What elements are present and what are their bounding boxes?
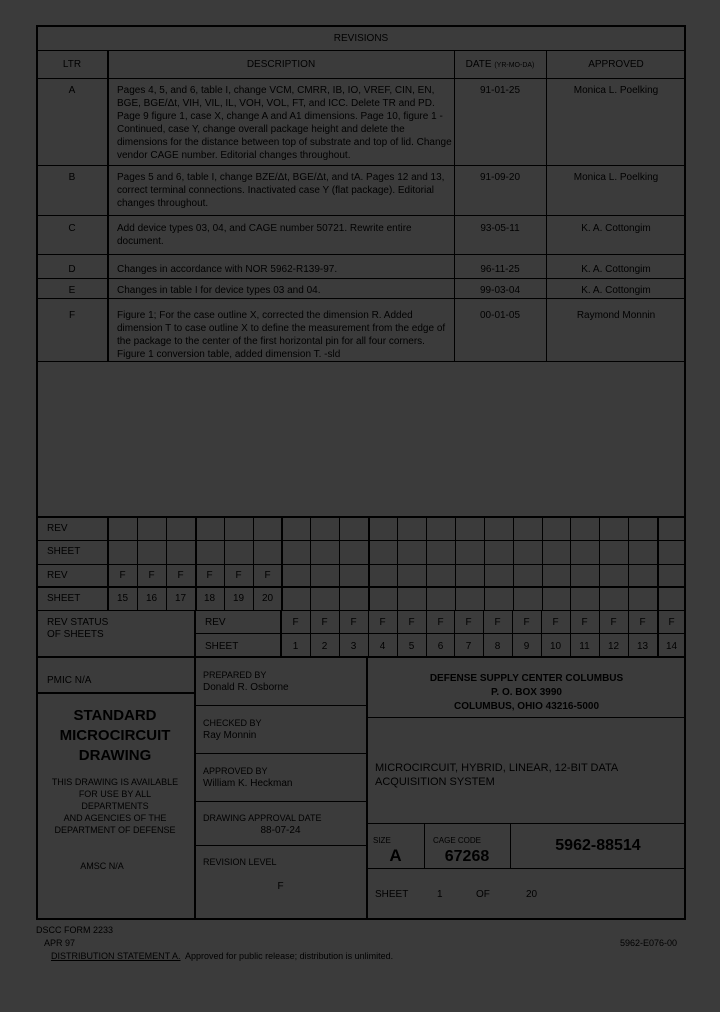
col-divider <box>339 517 340 610</box>
sheet-total: 20 <box>526 888 537 901</box>
divider <box>195 801 366 802</box>
sheet-cell: 16 <box>137 592 166 605</box>
rev-cell: F <box>253 569 282 582</box>
rev-cell: F <box>454 616 483 629</box>
rev-approved: K. A. Cottongim <box>546 263 686 276</box>
amsc-label: AMSC N/A <box>36 860 168 873</box>
divider <box>36 361 686 362</box>
col-divider <box>397 517 398 610</box>
sheet-cell: 10 <box>541 640 570 653</box>
divider <box>36 610 686 611</box>
rev-letter: D <box>36 263 108 276</box>
col-divider <box>570 517 571 610</box>
availability-2: FOR USE BY ALL <box>36 788 194 800</box>
rev-cell: F <box>310 616 339 629</box>
rev-date: 91-09-20 <box>454 171 546 184</box>
agency-address: P. O. BOX 3990 <box>367 686 686 699</box>
sheet-label: SHEET <box>205 640 238 653</box>
sheet-cell: 20 <box>253 592 282 605</box>
rev-cell: F <box>137 569 166 582</box>
sheet-cell: 14 <box>657 640 686 653</box>
col-header-description: DESCRIPTION <box>108 58 454 71</box>
sheet-cell: 1 <box>281 640 310 653</box>
rev-status-label-2: OF SHEETS <box>47 628 104 641</box>
revision-level-value: F <box>195 880 366 893</box>
col-divider <box>657 517 659 610</box>
divider <box>36 165 686 166</box>
col-divider <box>542 517 543 610</box>
col-header-approved: APPROVED <box>546 58 686 71</box>
agency-name: DEFENSE SUPPLY CENTER COLUMBUS <box>367 672 686 685</box>
drawing-title-1: MICROCIRCUIT, HYBRID, LINEAR, 12-BIT DAT… <box>375 762 618 775</box>
checked-by-value: Ray Monnin <box>203 729 256 742</box>
col-divider <box>628 517 629 610</box>
rev-cell: F <box>281 616 310 629</box>
sheet-cell: 2 <box>310 640 339 653</box>
divider <box>367 717 686 718</box>
rev-letter: A <box>36 84 108 97</box>
sheet-cell: 18 <box>195 592 224 605</box>
drawing-title-2: ACQUISITION SYSTEM <box>375 776 495 789</box>
rev-cell: F <box>628 616 657 629</box>
standard-title-1: STANDARD <box>36 706 194 726</box>
rev-cell: F <box>166 569 195 582</box>
sheet-cell: 9 <box>512 640 541 653</box>
rev-description: Changes in accordance with NOR 5962-R139… <box>117 263 453 276</box>
rev-cell: F <box>541 616 570 629</box>
distribution-label: DISTRIBUTION STATEMENT A. <box>51 951 181 961</box>
sheet-cell: 12 <box>599 640 628 653</box>
form-date: APR 97 <box>44 937 75 950</box>
divider <box>36 50 686 51</box>
availability-1: THIS DRAWING IS AVAILABLE <box>36 776 194 788</box>
rev-approved: Raymond Monnin <box>546 309 686 322</box>
rev-description: Pages 4, 5, and 6, table I, change VCM, … <box>117 84 453 162</box>
divider <box>195 633 686 634</box>
col-divider <box>455 517 456 610</box>
rev-letter: C <box>36 222 108 235</box>
prepared-by-value: Donald R. Osborne <box>203 681 289 694</box>
rev-letter: F <box>36 309 108 322</box>
rev-date: 99-03-04 <box>454 284 546 297</box>
divider <box>36 254 686 255</box>
divider <box>36 692 194 694</box>
pmic-label: PMIC N/A <box>47 674 91 687</box>
rev-cell: F <box>397 616 426 629</box>
sheet-number: 1 <box>437 888 443 901</box>
divider <box>36 656 686 658</box>
sheet-cell: 19 <box>224 592 253 605</box>
revisions-title: REVISIONS <box>36 32 686 45</box>
col-divider <box>513 517 514 610</box>
sheet-cell: 8 <box>483 640 512 653</box>
rev-cell: F <box>108 569 137 582</box>
date-label: DATE <box>466 59 492 70</box>
status-row-label: SHEET <box>47 545 80 558</box>
divider <box>195 753 366 754</box>
rev-cell: F <box>426 616 455 629</box>
col-divider <box>599 517 600 610</box>
rev-cell: F <box>512 616 541 629</box>
doc-code: 5962-E076-00 <box>620 937 677 950</box>
rev-cell: F <box>224 569 253 582</box>
cage-code-label: CAGE CODE <box>433 834 481 847</box>
col-divider <box>194 610 196 657</box>
rev-cell: F <box>570 616 599 629</box>
rev-letter: B <box>36 171 108 184</box>
divider <box>367 868 686 869</box>
rev-approved: Monica L. Poelking <box>546 84 686 97</box>
standard-title-3: DRAWING <box>36 746 194 766</box>
divider <box>36 78 686 79</box>
divider <box>36 215 686 216</box>
divider <box>36 278 686 279</box>
rev-date: 96-11-25 <box>454 263 546 276</box>
availability-3: DEPARTMENTS <box>36 800 194 812</box>
rev-approved: K. A. Cottongim <box>546 222 686 235</box>
divider <box>36 516 686 518</box>
rev-description: Changes in table I for device types 03 a… <box>117 284 453 297</box>
distribution-statement: DISTRIBUTION STATEMENT A. Approved for p… <box>51 950 393 963</box>
form-number: DSCC FORM 2233 <box>36 924 113 937</box>
distribution-text: Approved for public release; distributio… <box>185 951 393 961</box>
rev-description: Add device types 03, 04, and CAGE number… <box>117 222 453 248</box>
sheet-cell: 5 <box>397 640 426 653</box>
approval-date-value: 88-07-24 <box>195 824 366 837</box>
sheet-cell: 17 <box>166 592 195 605</box>
col-header-ltr: LTR <box>36 58 108 71</box>
sheet-cell: 3 <box>339 640 368 653</box>
rev-cell: F <box>368 616 397 629</box>
revision-level-label: REVISION LEVEL <box>203 856 277 869</box>
rev-cell: F <box>599 616 628 629</box>
divider <box>195 845 366 846</box>
sheet-cell: 6 <box>426 640 455 653</box>
rev-cell: F <box>483 616 512 629</box>
rev-description: Figure 1; For the case outline X, correc… <box>117 309 453 361</box>
divider <box>367 823 686 824</box>
col-divider <box>310 517 311 610</box>
date-format: (YR-MO-DA) <box>494 62 534 69</box>
divider <box>195 705 366 706</box>
divider <box>36 586 686 588</box>
rev-approved: K. A. Cottongim <box>546 284 686 297</box>
rev-cell: F <box>195 569 224 582</box>
rev-description: Pages 5 and 6, table I, change BZE/Δt, B… <box>117 171 453 210</box>
rev-label: REV <box>205 616 226 629</box>
sheet-cell: 15 <box>108 592 137 605</box>
availability-4: AND AGENCIES OF THE <box>36 812 194 824</box>
sheet-label: SHEET <box>375 888 408 901</box>
approved-by-value: William K. Heckman <box>203 777 292 790</box>
col-divider <box>368 517 370 610</box>
sheet-cell: 13 <box>628 640 657 653</box>
divider <box>36 540 686 541</box>
status-row-label: REV <box>47 522 68 535</box>
rev-date: 00-01-05 <box>454 309 546 322</box>
sheet-cell: 11 <box>570 640 599 653</box>
col-divider <box>484 517 485 610</box>
sheet-cell: 7 <box>454 640 483 653</box>
sheet-cell: 4 <box>368 640 397 653</box>
agency-city: COLUMBUS, OHIO 43216-5000 <box>367 700 686 713</box>
status-row-label: REV <box>47 569 68 582</box>
rev-cell: F <box>339 616 368 629</box>
status-row-label: SHEET <box>47 592 80 605</box>
rev-date: 91-01-25 <box>454 84 546 97</box>
rev-cell: F <box>657 616 686 629</box>
of-label: OF <box>476 888 490 901</box>
rev-date: 93-05-11 <box>454 222 546 235</box>
rev-approved: Monica L. Poelking <box>546 171 686 184</box>
drawing-number: 5962-88514 <box>510 836 686 856</box>
size-value: A <box>367 846 424 866</box>
rev-letter: E <box>36 284 108 297</box>
divider <box>36 564 686 565</box>
cage-code-value: 67268 <box>424 847 510 867</box>
standard-title-2: MICROCIRCUIT <box>36 726 194 746</box>
col-header-date: DATE (YR-MO-DA) <box>454 58 546 72</box>
availability-5: DEPARTMENT OF DEFENSE <box>36 824 194 836</box>
divider <box>36 298 686 299</box>
col-divider <box>426 517 427 610</box>
